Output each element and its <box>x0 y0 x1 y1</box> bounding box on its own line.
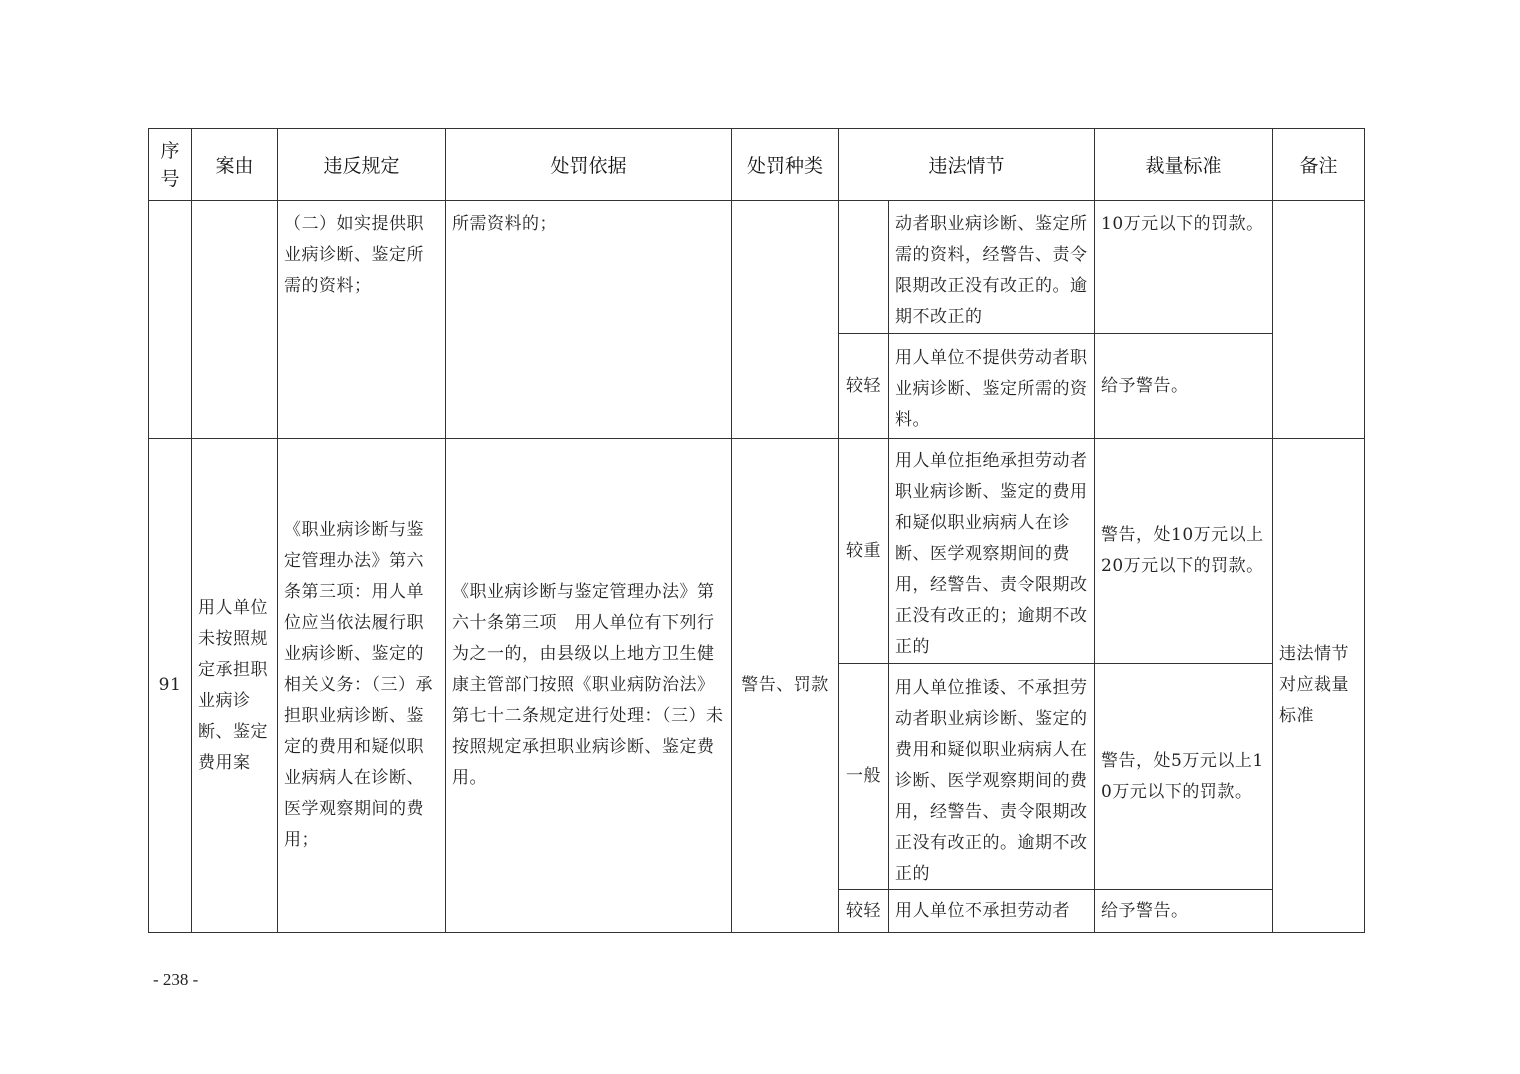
continued-sub2-level: 较轻 <box>838 333 889 439</box>
header-standard: 裁量标准 <box>1094 128 1273 201</box>
row91-sub1-standard: 警告，处10万元以上20万元以下的罚款。 <box>1094 438 1273 664</box>
row91-sub1-detail: 用人单位拒绝承担劳动者职业病诊断、鉴定的费用和疑似职业病病人在诊断、医学观察期间… <box>888 438 1095 664</box>
continued-basis: 所需资料的； <box>445 200 732 439</box>
row91-type: 警告、罚款 <box>731 438 839 933</box>
header-case: 案由 <box>191 128 278 201</box>
continued-violation: （二）如实提供职业病诊断、鉴定所需的资料； <box>277 200 446 439</box>
continued-sub1-level <box>838 200 889 334</box>
row91-sub3-level: 较轻 <box>838 889 889 933</box>
header-basis: 处罚依据 <box>445 128 732 201</box>
header-type: 处罚种类 <box>731 128 839 201</box>
continued-sub2-standard: 给予警告。 <box>1094 333 1273 439</box>
continued-sub1-detail: 动者职业病诊断、鉴定所需的资料，经警告、责令限期改正没有改正的。逾期不改正的 <box>888 200 1095 334</box>
row91-sub3-detail: 用人单位不承担劳动者 <box>888 889 1095 933</box>
row91-sub2-level: 一般 <box>838 663 889 890</box>
row91-sub2-detail: 用人单位推诿、不承担劳动者职业病诊断、鉴定的费用和疑似职业病病人在诊断、医学观察… <box>888 663 1095 890</box>
continued-sub1-standard: 10万元以下的罚款。 <box>1094 200 1273 334</box>
row91-basis: 《职业病诊断与鉴定管理办法》第六十条第三项 用人单位有下列行为之一的，由县级以上… <box>445 438 732 933</box>
row91-case: 用人单位未按照规定承担职业病诊断、鉴定费用案 <box>191 438 278 933</box>
row91-sub1-level: 较重 <box>838 438 889 664</box>
continued-remark <box>1272 200 1365 439</box>
row91-sub2-standard: 警告，处5万元以上10万元以下的罚款。 <box>1094 663 1273 890</box>
continued-sub2-detail: 用人单位不提供劳动者职业病诊断、鉴定所需的资料。 <box>888 333 1095 439</box>
header-violation: 违反规定 <box>277 128 446 201</box>
continued-seq <box>148 200 192 439</box>
continued-type <box>731 200 839 439</box>
header-remark: 备注 <box>1272 128 1365 201</box>
row91-violation: 《职业病诊断与鉴定管理办法》第六条第三项：用人单位应当依法履行职业病诊断、鉴定的… <box>277 438 446 933</box>
header-circumstance: 违法情节 <box>838 128 1095 201</box>
header-seq: 序号 <box>148 128 192 201</box>
row91-seq: 91 <box>148 438 192 933</box>
row91-sub3-standard: 给予警告。 <box>1094 889 1273 933</box>
page-number: - 238 - <box>153 970 198 990</box>
row91-remark: 违法情节对应裁量标准 <box>1272 438 1365 933</box>
continued-case <box>191 200 278 439</box>
